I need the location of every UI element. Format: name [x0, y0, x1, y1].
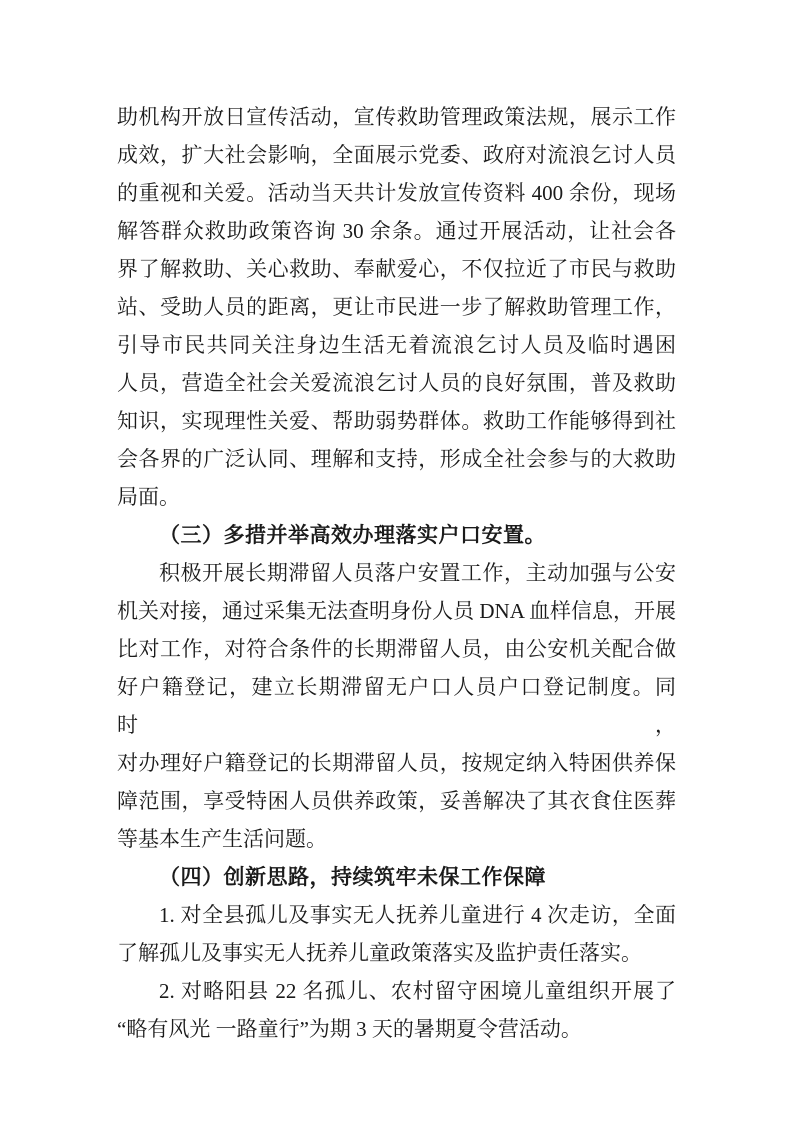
- text-line: 好户籍登记，建立长期滞留无户口人员户口登记制度。同时，: [117, 668, 676, 744]
- text-line: “略有风光 一路童行”为期 3 天的暑期夏令营活动。: [117, 1010, 676, 1048]
- text-line: 助机构开放日宣传活动，宣传救助管理政策法规，展示工作: [117, 98, 676, 136]
- section-heading: （四）创新思路，持续筑牢未保工作保障: [117, 858, 676, 896]
- section-heading: （三）多措并举高效办理落实户口安置。: [117, 516, 676, 554]
- text-line: 人员，营造全社会关爱流浪乞讨人员的良好氛围，普及救助: [117, 364, 676, 402]
- text-line: 机关对接，通过采集无法查明身份人员 DNA 血样信息，开展: [117, 592, 676, 630]
- text-line: 2. 对略阳县 22 名孤儿、农村留守困境儿童组织开展了: [117, 972, 676, 1010]
- text-line: 了解孤儿及事实无人抚养儿童政策落实及监护责任落实。: [117, 934, 676, 972]
- text-line: 等基本生产生活问题。: [117, 820, 676, 858]
- text-line: 引导市民共同关注身边生活无着流浪乞讨人员及临时遇困: [117, 326, 676, 364]
- document-page: 助机构开放日宣传活动，宣传救助管理政策法规，展示工作成效，扩大社会影响，全面展示…: [0, 0, 793, 1122]
- text-line: 比对工作，对符合条件的长期滞留人员，由公安机关配合做: [117, 630, 676, 668]
- text-line: 知识，实现理性关爱、帮助弱势群体。救助工作能够得到社: [117, 402, 676, 440]
- text-line: 界了解救助、关心救助、奉献爱心，不仅拉近了市民与救助: [117, 250, 676, 288]
- text-line: 解答群众救助政策咨询 30 余条。通过开展活动，让社会各: [117, 212, 676, 250]
- text-line: 障范围，享受特困人员供养政策，妥善解决了其衣食住医葬: [117, 782, 676, 820]
- text-line: 站、受助人员的距离，更让市民进一步了解救助管理工作，: [117, 288, 676, 326]
- text-line: 积极开展长期滞留人员落户安置工作，主动加强与公安: [117, 554, 676, 592]
- document-body: 助机构开放日宣传活动，宣传救助管理政策法规，展示工作成效，扩大社会影响，全面展示…: [117, 98, 676, 1048]
- text-line: 对办理好户籍登记的长期滞留人员，按规定纳入特困供养保: [117, 744, 676, 782]
- text-line: 的重视和关爱。活动当天共计发放宣传资料 400 余份，现场: [117, 174, 676, 212]
- text-line: 成效，扩大社会影响，全面展示党委、政府对流浪乞讨人员: [117, 136, 676, 174]
- text-line: 1. 对全县孤儿及事实无人抚养儿童进行 4 次走访，全面: [117, 896, 676, 934]
- text-line: 局面。: [117, 478, 676, 516]
- text-line: 会各界的广泛认同、理解和支持，形成全社会参与的大救助: [117, 440, 676, 478]
